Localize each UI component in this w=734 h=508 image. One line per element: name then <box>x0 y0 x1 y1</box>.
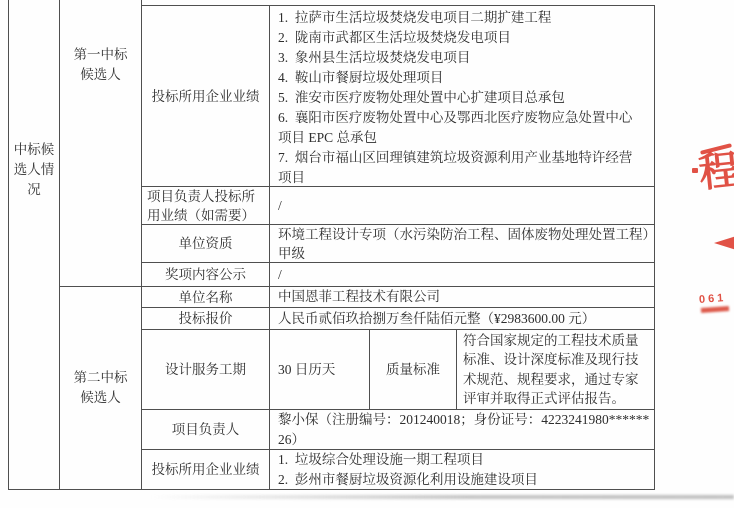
stamp-star-icon <box>714 214 734 272</box>
row-label-design-period: 设计服务工期 <box>142 330 270 410</box>
section-label-bid-candidates: 中标候选人情况 <box>8 0 60 490</box>
project-list: 1. 垃圾综合处理设施一期工程项目2. 彭州市餐厨垃圾资源化利用设施建设项目 <box>278 450 654 490</box>
stamp-dot <box>692 168 698 173</box>
row-label-text: 奖项内容公示 <box>165 265 246 284</box>
second-candidate-label-cell: 第二中标候选人 <box>60 287 142 490</box>
quality-standard-description: 符合国家规定的工程技术质量标准、设计深度标准及现行技术规范、规程要求，通过专家评… <box>457 330 655 410</box>
row-label-text: 单位资质 <box>179 234 233 253</box>
row-label-text: 项目负责人投标所用业绩（如需要） <box>147 187 269 225</box>
stamp-character: 程 <box>697 150 734 194</box>
row-label-awards: 奖项内容公示 <box>142 263 270 287</box>
qualification-value: 环境工程设计专项（水污染防治工程、固体废物处理处置工程）甲级 <box>270 225 655 263</box>
stamp-number: 061 <box>699 292 727 306</box>
slash-value: / <box>278 265 654 285</box>
awards-value: / <box>270 263 655 287</box>
enterprise-performance-list-1: 1. 拉萨市生活垃圾焚烧发电项目二期扩建工程2. 陇南市武都区生活垃圾焚烧发电项… <box>270 5 655 187</box>
row-label-text: 投标报价 <box>179 309 233 328</box>
enterprise-performance-list-2: 1. 垃圾综合处理设施一期工程项目2. 彭州市餐厨垃圾资源化利用设施建设项目 <box>270 450 655 490</box>
row-label-text: 投标所用企业业绩 <box>152 87 260 106</box>
project-manager-text: 黎小保（注册编号：201240018；身份证号：4223241980******… <box>278 410 654 450</box>
row-label-text: 单位名称 <box>179 288 233 307</box>
project-list: 1. 拉萨市生活垃圾焚烧发电项目二期扩建工程2. 陇南市武都区生活垃圾焚烧发电项… <box>278 8 654 188</box>
row-label-qualification: 单位资质 <box>142 225 270 263</box>
duration-text: 30 日历天 <box>278 360 369 380</box>
row-label-text: 投标所用企业业绩 <box>152 460 260 479</box>
section-label-text: 中标候选人情况 <box>14 140 55 200</box>
bid-price-text: 人民币贰佰玖拾捌万叁仟陆佰元整（¥2983600.00 元） <box>278 309 654 329</box>
slash-value: / <box>278 196 654 216</box>
scanned-bid-result-document: 中标候选人情况 第一中标候选人 第二中标候选人 投标所用企业业绩 1. 拉萨市生… <box>0 0 734 508</box>
company-name-text: 中国恩菲工程技术有限公司 <box>278 287 654 307</box>
row-label-text: 项目负责人 <box>172 420 240 439</box>
row-label-enterprise-performance-1: 投标所用企业业绩 <box>142 5 270 187</box>
scan-shadow <box>150 495 734 499</box>
row-label-enterprise-performance-2: 投标所用企业业绩 <box>142 450 270 490</box>
first-candidate-label: 第一中标候选人 <box>74 45 128 85</box>
company-name-value: 中国恩菲工程技术有限公司 <box>270 287 655 308</box>
qualification-text: 环境工程设计专项（水污染防治工程、固体废物处理处置工程）甲级 <box>278 225 654 263</box>
row-label-bid-price: 投标报价 <box>142 308 270 330</box>
first-candidate-label-cell: 第一中标候选人 <box>60 0 142 287</box>
bid-price-value: 人民币贰佰玖拾捌万叁仟陆佰元整（¥2983600.00 元） <box>270 308 655 330</box>
second-candidate-label: 第二中标候选人 <box>74 368 128 408</box>
quality-standard-text: 符合国家规定的工程技术质量标准、设计深度标准及现行技术规范、规程要求，通过专家评… <box>463 331 654 409</box>
quality-standard-label-cell: 质量标准 <box>370 330 457 410</box>
row-label-pm-performance: 项目负责人投标所用业绩（如需要） <box>142 187 270 225</box>
stamp-smudge <box>701 306 729 313</box>
quality-standard-label: 质量标准 <box>386 360 440 379</box>
pm-performance-value: / <box>270 187 655 225</box>
row-label-company-name: 单位名称 <box>142 287 270 308</box>
design-period-duration: 30 日历天 <box>270 330 370 410</box>
project-manager-value: 黎小保（注册编号：201240018；身份证号：4223241980******… <box>270 410 655 450</box>
row-label-project-manager: 项目负责人 <box>142 410 270 450</box>
row-label-text: 设计服务工期 <box>165 360 246 379</box>
